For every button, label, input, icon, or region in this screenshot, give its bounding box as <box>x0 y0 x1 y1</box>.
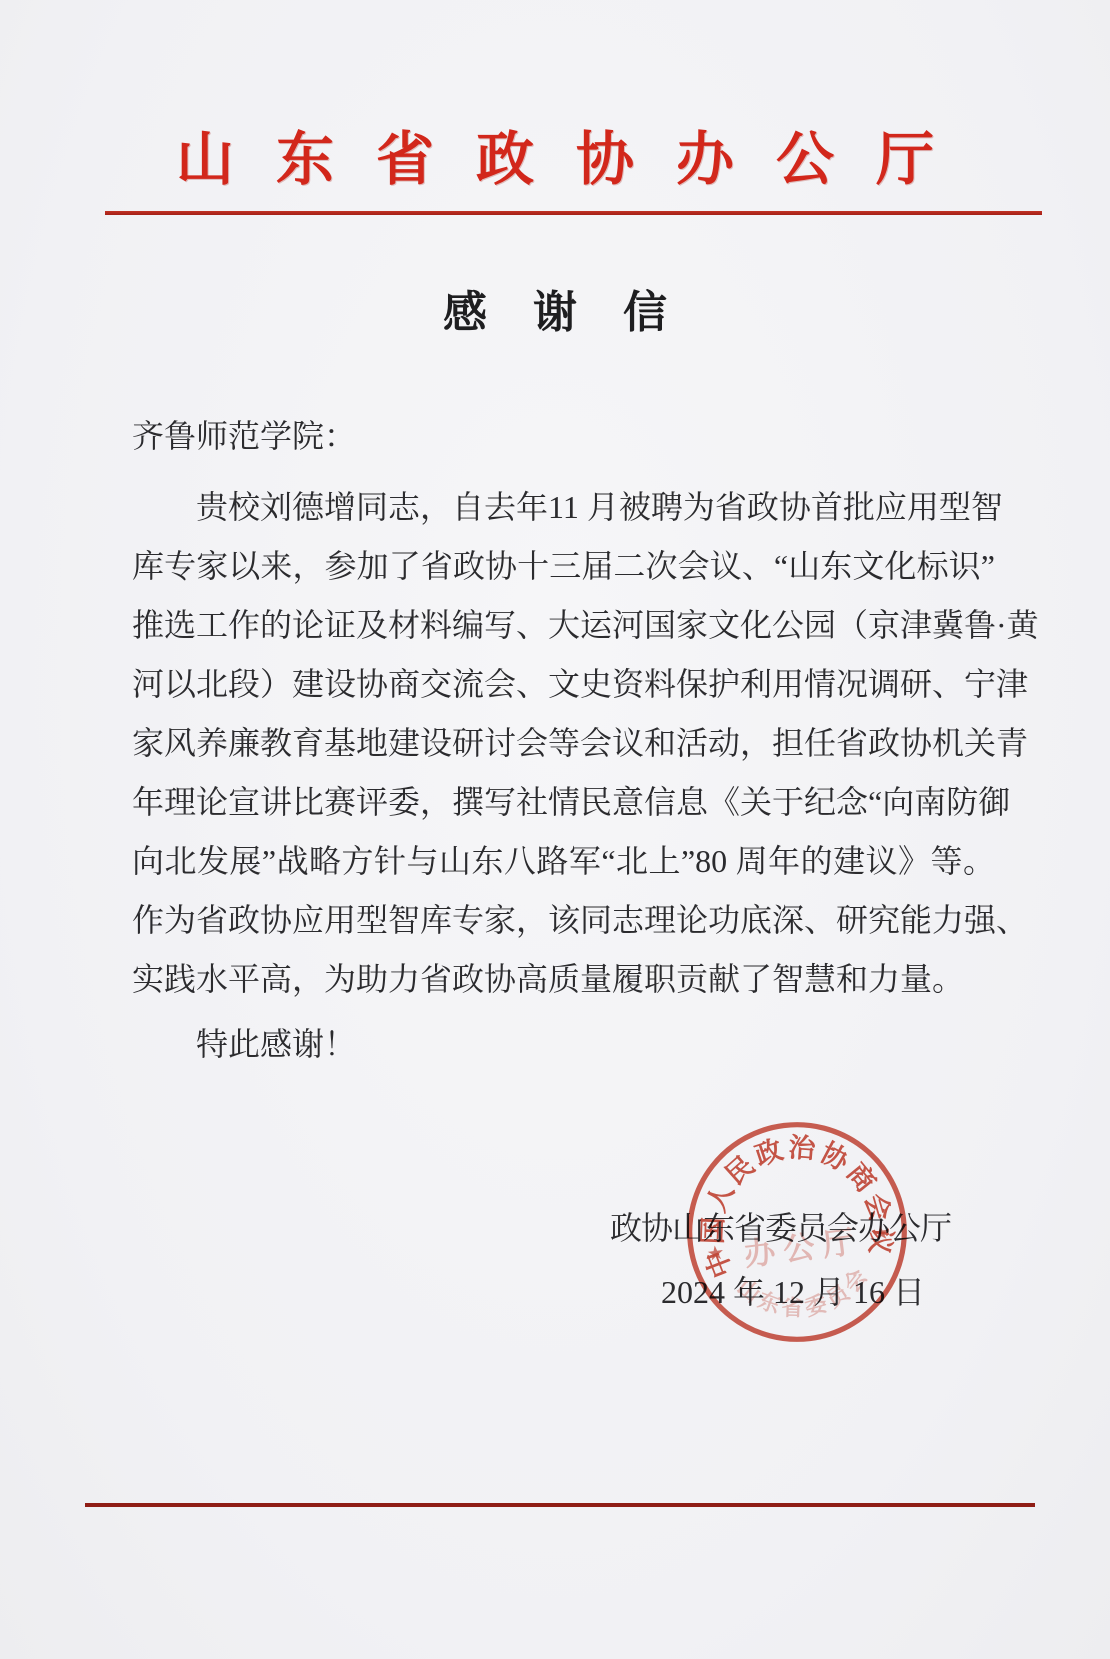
body-line: 家风养廉教育基地建设研讨会等会议和活动，担任省政协机关青 <box>132 714 995 773</box>
official-seal: 中国人民政治协商会议 ★ ★ 办公厅 山东省委员会 <box>658 1093 937 1372</box>
letterhead-rule <box>105 211 1042 215</box>
seal-star-right-icon: ★ <box>871 1221 891 1245</box>
body-line: 库专家以来，参加了省政协十三届二次会议、“山东文化标识” <box>132 537 995 596</box>
body-paragraph: 贵校刘德增同志，自去年11 月被聘为省政协首批应用型智 库专家以来，参加了省政协… <box>132 478 995 1009</box>
letterhead-org-name: 山东省政协办公厅 <box>0 122 1110 198</box>
seal-star-left-icon: ★ <box>706 1242 726 1266</box>
body-line: 实践水平高，为助力省政协高质量履职贡献了智慧和力量。 <box>132 950 995 1009</box>
body-line: 作为省政协应用型智库专家，该同志理论功底深、研究能力强、 <box>132 891 995 950</box>
body-line: 贵校刘德增同志，自去年11 月被聘为省政协首批应用型智 <box>132 478 995 537</box>
document-title: 感谢信 <box>0 286 1110 340</box>
letter-page: 山东省政协办公厅 感谢信 齐鲁师范学院： 贵校刘德增同志，自去年11 月被聘为省… <box>0 0 1110 1659</box>
body-line: 河以北段）建设协商交流会、文史资料保护利用情况调研、宁津 <box>132 655 995 714</box>
closing-phrase: 特此感谢！ <box>132 1015 995 1074</box>
footer-rule <box>85 1503 1035 1507</box>
letter-body: 齐鲁师范学院： 贵校刘德增同志，自去年11 月被聘为省政协首批应用型智 库专家以… <box>132 407 995 1074</box>
body-line: 推选工作的论证及材料编写、大运河国家文化公园（京津冀鲁·黄 <box>132 596 995 655</box>
salutation: 齐鲁师范学院： <box>132 407 995 466</box>
seal-center-text: 办公厅 <box>742 1223 864 1272</box>
body-line: 年理论宣讲比赛评委，撰写社情民意信息《关于纪念“向南防御 <box>132 773 995 832</box>
body-line: 向北发展”战略方针与山东八路军“北上”80 周年的建议》等。 <box>132 832 995 891</box>
